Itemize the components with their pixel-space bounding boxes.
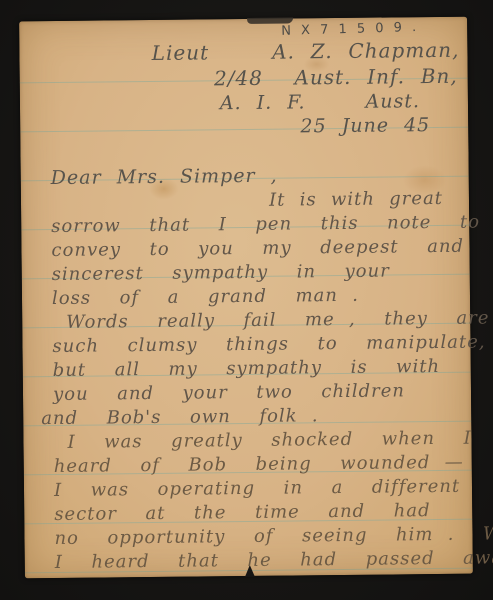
header-line-unit: 2/48 Aust. Inf. Bn, (214, 64, 458, 91)
letter-line: you and your two children (53, 379, 455, 407)
header-line-name: Lieut A. Z. Chapman, (152, 38, 460, 65)
service-number: N X 7 1 5 0 9 . (281, 20, 419, 39)
letter-line: I heard that he had passed away (55, 547, 457, 575)
photo-background: N X 7 1 5 0 9 . Lieut A. Z. Chapman, 2/4… (0, 0, 493, 600)
header-line-date: 25 June 45 (300, 114, 430, 137)
header-line-force: A. I. F. Aust. (220, 90, 420, 114)
letter-body: Dear Mrs. Simper , It is with great sorr… (21, 161, 473, 576)
letter-line: convey to you my deepest and (51, 235, 453, 263)
letter-paper: N X 7 1 5 0 9 . Lieut A. Z. Chapman, 2/4… (19, 17, 473, 579)
